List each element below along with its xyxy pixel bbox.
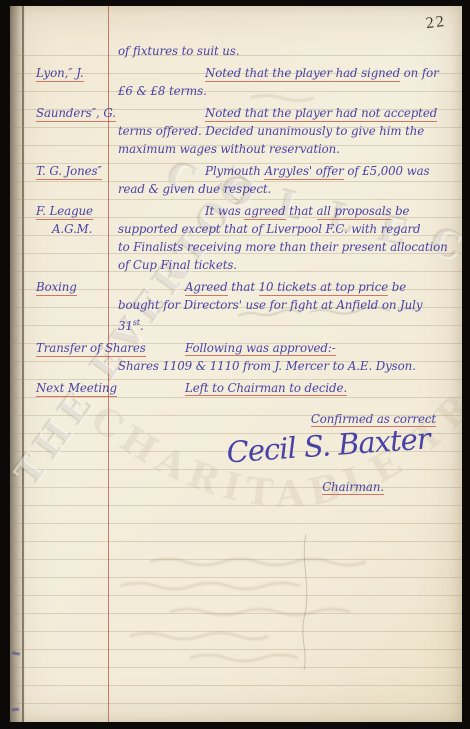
- margin-column: F. LeagueA.G.M.: [10, 202, 108, 274]
- minute-line: terms offered. Decided unanimously to gi…: [118, 122, 448, 140]
- underlined-phrase: Argyles' offer: [264, 164, 343, 180]
- minute-line: Left to Chairman to decide.: [118, 379, 448, 397]
- text-segment: that: [228, 280, 259, 294]
- margin-column: [10, 42, 108, 60]
- margin-heading: Lyon,″ J.: [36, 66, 84, 82]
- margin-heading: Boxing: [36, 280, 77, 296]
- minutes-content: of fixtures to suit us.Lyon,″ J.Noted th…: [10, 6, 462, 496]
- minute-entry: Saunders″, G.Noted that the player had n…: [10, 104, 462, 158]
- minute-line: to Finalists receiving more than their p…: [118, 238, 448, 256]
- text-segment: of £5,000 was: [344, 164, 430, 178]
- text-segment: be: [388, 280, 406, 294]
- text-segment: 31: [118, 319, 133, 333]
- minute-line: £6 & £8 terms.: [118, 82, 448, 100]
- margin-column: Transfer of Shares: [10, 339, 108, 375]
- underlined-phrase: agreed: [244, 204, 285, 220]
- entry-body: Plymouth Argyles' offer of £5,000 wasrea…: [108, 162, 462, 198]
- minute-entries: of fixtures to suit us.Lyon,″ J.Noted th…: [10, 42, 462, 397]
- margin-column: Lyon,″ J.: [10, 64, 108, 100]
- minute-line: read & given due respect.: [118, 180, 448, 198]
- minute-line: Noted that the player had not accepted: [118, 104, 448, 122]
- text-segment: on for: [400, 66, 439, 80]
- entry-body: Noted that the player had signed on for£…: [108, 64, 462, 100]
- entry-body: Following was approved:-Shares 1109 & 11…: [108, 339, 462, 375]
- minute-book-page: THE EVERTON COLLECTION CHARITABLE TRUST: [10, 6, 462, 722]
- margin-subheading: A.G.M.: [36, 220, 108, 238]
- text-segment: of fixtures to suit us.: [118, 44, 239, 58]
- text-segment: Shares 1109 & 1110 from J. Mercer to A.E…: [118, 359, 416, 373]
- minute-entry: Lyon,″ J.Noted that the player had signe…: [10, 64, 462, 100]
- underlined-phrase: Noted that the player had not accepted: [205, 106, 437, 122]
- minute-line: of fixtures to suit us.: [118, 42, 448, 60]
- minute-line: Plymouth Argyles' offer of £5,000 was: [118, 162, 448, 180]
- minute-line: 31st.: [118, 314, 448, 335]
- margin-heading: Next Meeting: [36, 381, 117, 397]
- margin-column: T. G. Jones″: [10, 162, 108, 198]
- underlined-phrase: Following was approved:-: [185, 341, 336, 357]
- margin-column: Saunders″, G.: [10, 104, 108, 158]
- minute-line: supported except that of Liverpool F.C. …: [118, 220, 448, 238]
- minute-entry: T. G. Jones″Plymouth Argyles' offer of £…: [10, 162, 462, 198]
- minute-entry: Next MeetingLeft to Chairman to decide.: [10, 379, 462, 397]
- signatory-title: Chairman.: [322, 480, 384, 496]
- text-segment: of Cup Final tickets.: [118, 258, 237, 272]
- underlined-phrase: Agreed: [185, 280, 228, 296]
- entry-body: Agreed that 10 tickets at top price bebo…: [108, 278, 462, 335]
- closing-block: Confirmed as correct Cecil S. Baxter Cha…: [10, 410, 436, 496]
- text-segment: read & given due respect.: [118, 182, 271, 196]
- minute-entry: F. LeagueA.G.M.It was agreed that all pr…: [10, 202, 462, 274]
- text-segment: terms offered. Decided unanimously to gi…: [118, 124, 424, 138]
- text-segment: be: [391, 204, 409, 218]
- entry-body: Noted that the player had not acceptedte…: [108, 104, 462, 158]
- entry-body: of fixtures to suit us.: [108, 42, 462, 60]
- margin-column: Boxing: [10, 278, 108, 335]
- minute-line: bought for Directors' use for fight at A…: [118, 296, 448, 314]
- minute-entry: Transfer of SharesFollowing was approved…: [10, 339, 462, 375]
- minute-entry: BoxingAgreed that 10 tickets at top pric…: [10, 278, 462, 335]
- margin-heading: Saunders″, G.: [36, 106, 116, 122]
- minute-line: Agreed that 10 tickets at top price be: [118, 278, 448, 296]
- underlined-phrase: 10 tickets at top price: [259, 280, 388, 296]
- underlined-phrase: all proposals: [317, 204, 392, 220]
- minute-line: It was agreed that all proposals be: [118, 202, 448, 220]
- entry-body: Left to Chairman to decide.: [108, 379, 462, 397]
- margin-heading: T. G. Jones″: [36, 164, 102, 180]
- text-segment: st: [133, 318, 140, 327]
- underlined-phrase: Left to Chairman to decide.: [185, 381, 347, 397]
- text-segment: bought for Directors' use for fight at A…: [118, 298, 422, 312]
- margin-column: Next Meeting: [10, 379, 108, 397]
- text-segment: Plymouth: [205, 164, 264, 178]
- text-segment: supported except that of Liverpool F.C. …: [118, 222, 421, 236]
- text-segment: .: [140, 319, 144, 333]
- minute-line: of Cup Final tickets.: [118, 256, 448, 274]
- text-segment: It was: [205, 204, 244, 218]
- text-segment: £6 & £8 terms.: [118, 84, 207, 98]
- text-segment: to Finalists receiving more than their p…: [118, 240, 448, 254]
- entry-body: It was agreed that all proposals besuppo…: [108, 202, 462, 274]
- margin-heading: F. League: [36, 204, 93, 220]
- text-segment: maximum wages without reservation.: [118, 142, 340, 156]
- underlined-phrase: Noted that the player had signed: [205, 66, 400, 82]
- photo-background: THE EVERTON COLLECTION CHARITABLE TRUST: [0, 0, 470, 729]
- minute-line: Shares 1109 & 1110 from J. Mercer to A.E…: [118, 357, 448, 375]
- text-segment: that: [286, 204, 317, 218]
- minute-line: maximum wages without reservation.: [118, 140, 448, 158]
- minute-line: Following was approved:-: [118, 339, 448, 357]
- minute-line: Noted that the player had signed on for: [118, 64, 448, 82]
- minute-entry: of fixtures to suit us.: [10, 42, 462, 60]
